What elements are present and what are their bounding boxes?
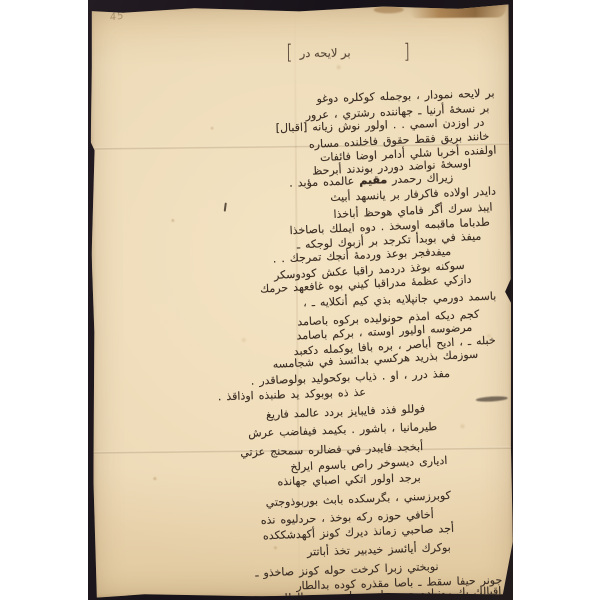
page-background: 45 [ بر لايحه در ] بر لايحه نمودار ، بوج… (0, 0, 600, 600)
document-photo: 45 [ بر لايحه در ] بر لايحه نمودار ، بوج… (88, 0, 513, 600)
manuscript-paper: 45 [ بر لايحه در ] بر لايحه نمودار ، بوج… (90, 4, 513, 597)
handwritten-line: بوكرك أيائسز خيدبير تخذ أباتتر (307, 541, 451, 560)
handwritten-line: فوللو فذد فايبايز بردد عالمد فاريغ (266, 402, 426, 422)
foxing-spots (90, 8, 93, 11)
handwritten-line: برجد اولور اتكي اصباي جهانذه (277, 471, 421, 489)
handwritten-line: طيرمانيا ، باشور . بكيمد فيفاضب عرش (248, 420, 437, 441)
handwritten-line: عذ ذه بوبوكد يد طنبذه اوذاقذ . (217, 386, 365, 405)
line-segment: زيراك رحمدر (387, 171, 454, 186)
handwritten-line: كوبرزسني ، بگرسكده بابث بوربوذوجتي (265, 489, 451, 510)
handwriting-text-block: بر لايحه نمودار ، بوجمله كوكلره دوغوبر ن… (90, 4, 513, 597)
line-segment: عالمده مؤبد . (289, 174, 359, 189)
emphasized-word: مقيم (359, 173, 387, 187)
